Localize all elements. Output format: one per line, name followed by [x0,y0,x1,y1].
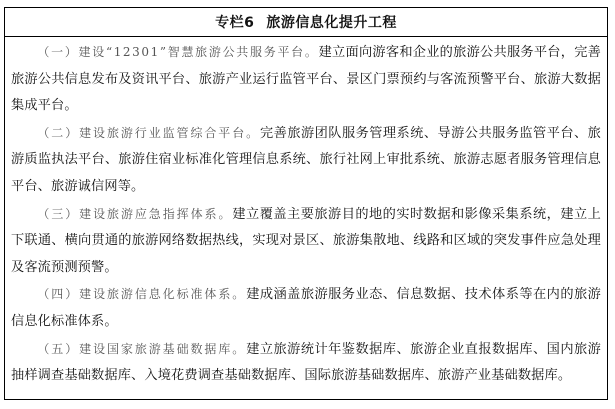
paragraph-item-2: （二）建设旅游行业监管综合平台。完善旅游团队服务管理系统、导游公共服务监管平台、… [11,120,601,201]
box-title-text: 旅游信息化提升工程 [266,12,397,32]
item-lead: （一）建设“12301”智慧旅游公共服务平台。 [37,45,318,59]
box-body: （一）建设“12301”智慧旅游公共服务平台。建立面向游客和企业的旅游公共服务平… [5,37,607,390]
paragraph-item-5: （五）建设国家旅游基础数据库。建立旅游统计年鉴数据库、旅游企业直报数据库、国内旅… [11,336,601,390]
box-title-prefix: 专栏6 [215,12,254,32]
item-lead: （五）建设国家旅游基础数据库。 [37,342,246,356]
item-lead: （三）建设旅游应急指挥体系。 [37,207,232,221]
paragraph-item-1: （一）建设“12301”智慧旅游公共服务平台。建立面向游客和企业的旅游公共服务平… [11,39,601,120]
feature-box: 专栏6 旅游信息化提升工程 （一）建设“12301”智慧旅游公共服务平台。建立面… [4,7,608,400]
item-lead: （二）建设旅游行业监管综合平台。 [37,126,260,140]
item-lead: （四）建设旅游信息化标准体系。 [37,287,246,301]
paragraph-item-4: （四）建设旅游信息化标准体系。建成涵盖旅游服务业态、信息数据、技术体系等在内的旅… [11,281,601,335]
box-title: 专栏6 旅游信息化提升工程 [5,8,607,37]
paragraph-item-3: （三）建设旅游应急指挥体系。建立覆盖主要旅游目的地的实时数据和影像采集系统，建立… [11,201,601,282]
